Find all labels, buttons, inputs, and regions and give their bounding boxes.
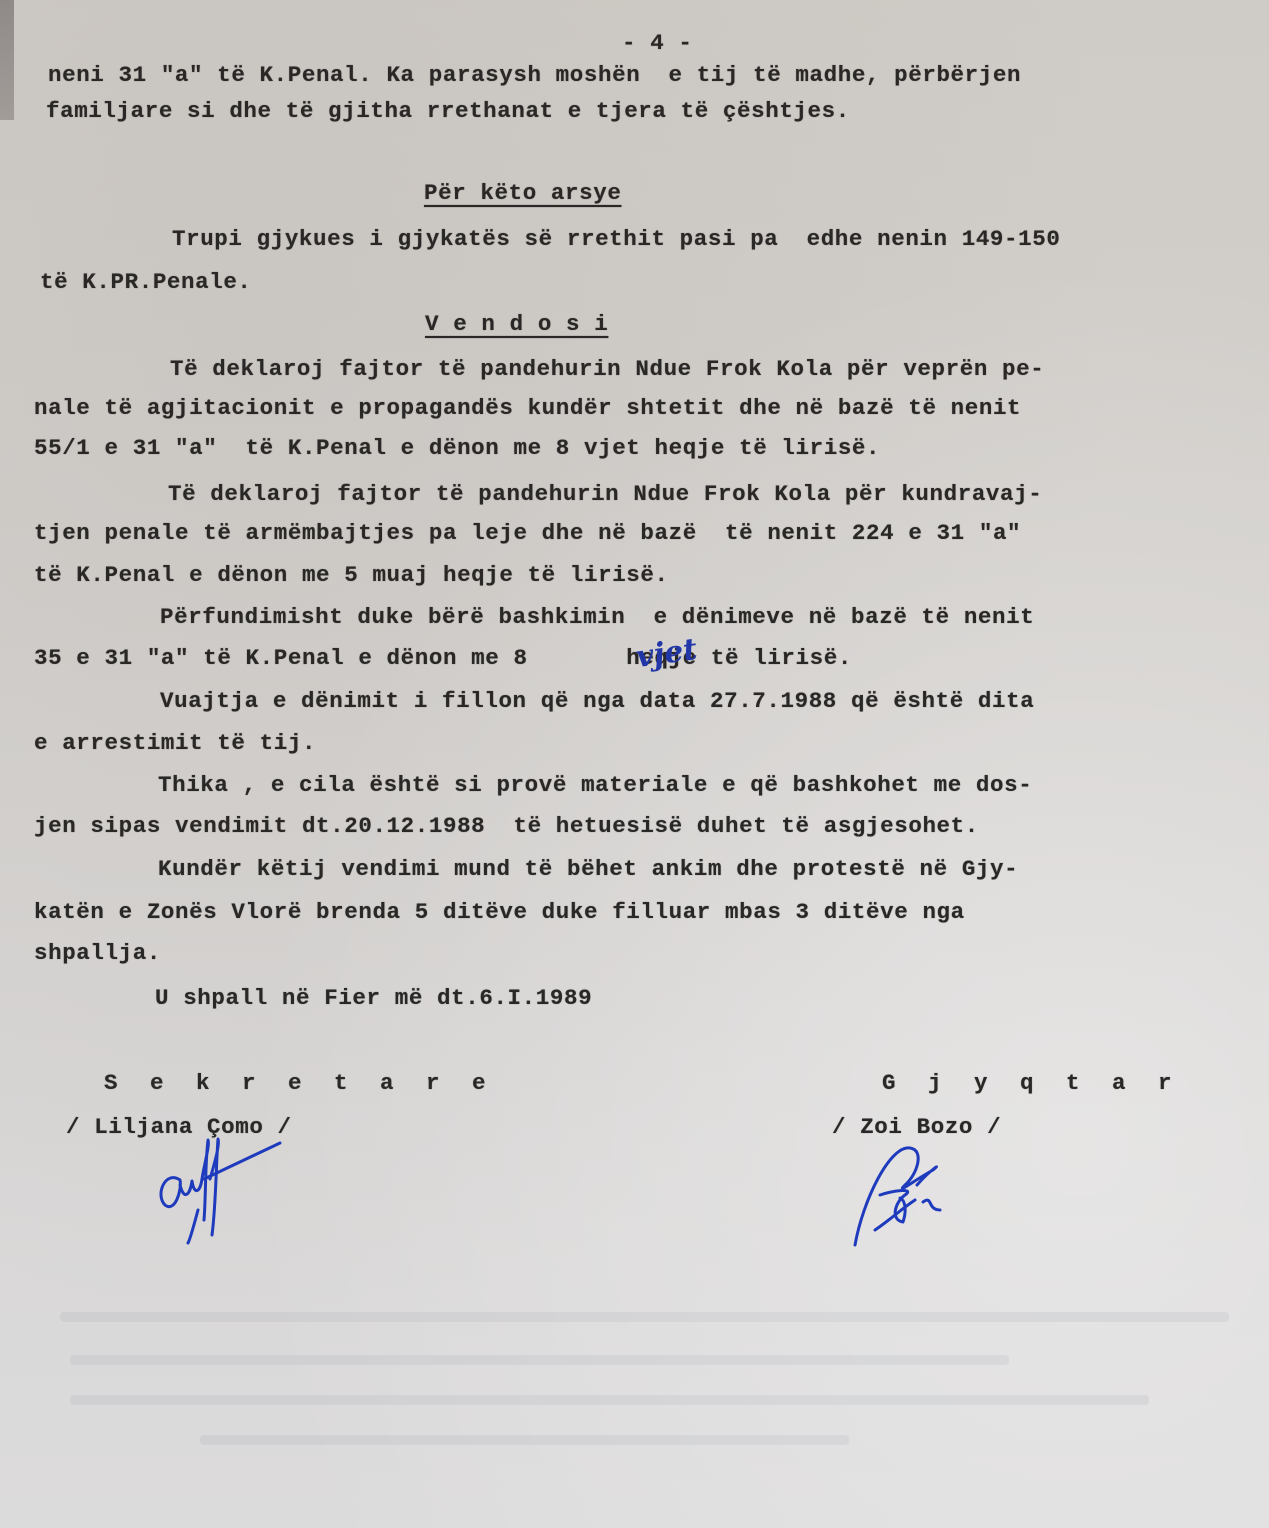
scanned-document-page: - 4 - neni 31 "a" të K.Penal. Ka parasys… — [0, 0, 1269, 1528]
bleed-through-line — [70, 1395, 1149, 1405]
judge-signature — [845, 1140, 985, 1260]
body-line: Thika , e cila është si provë materiale … — [158, 772, 1032, 798]
body-line: të K.Penal e dënon me 5 muaj heqje të li… — [34, 562, 669, 588]
bleed-through-line — [70, 1355, 1009, 1365]
body-line: Kundër këtij vendimi mund të bëhet ankim… — [158, 856, 1018, 882]
body-line: jen sipas vendimit dt.20.12.1988 të hetu… — [34, 813, 979, 839]
body-line: katën e Zonës Vlorë brenda 5 ditëve duke… — [34, 899, 965, 925]
bleed-through-line — [60, 1312, 1229, 1322]
secretary-signature — [150, 1135, 290, 1260]
body-line: tjen penale të armëmbajtjes pa leje dhe … — [34, 520, 1021, 546]
body-line: familjare si dhe të gjitha rrethanat e t… — [46, 98, 850, 124]
body-line: e arrestimit të tij. — [34, 730, 316, 756]
body-line: Të deklaroj fajtor të pandehurin Ndue Fr… — [170, 356, 1044, 382]
body-line: 35 e 31 "a" të K.Penal e dënon me 8 heqj… — [34, 645, 852, 671]
section-heading-decision: V e n d o s i — [425, 311, 608, 337]
bleed-through-line — [200, 1435, 849, 1445]
body-line: të K.PR.Penale. — [40, 269, 252, 295]
page-edge-shadow — [0, 0, 14, 120]
page-number: - 4 - — [622, 30, 693, 56]
body-line: 55/1 e 31 "a" të K.Penal e dënon me 8 vj… — [34, 435, 880, 461]
section-heading-reasons: Për këto arsye — [424, 180, 621, 206]
body-line: Të deklaroj fajtor të pandehurin Ndue Fr… — [168, 481, 1042, 507]
secretary-title: S e k r e t a r e — [104, 1070, 495, 1096]
judge-title: G j y q t a r — [882, 1070, 1181, 1096]
body-line: neni 31 "a" të K.Penal. Ka parasysh mosh… — [48, 62, 1021, 88]
body-line: shpallja. — [34, 940, 161, 966]
body-line: Trupi gjykues i gjykatës së rrethit pasi… — [172, 226, 1060, 252]
judge-name: / Zoi Bozo / — [832, 1114, 1001, 1140]
announcement-line: U shpall në Fier më dt.6.I.1989 — [155, 985, 592, 1011]
body-line: nale të agjitacionit e propagandës kundë… — [34, 395, 1021, 421]
body-line: Përfundimisht duke bërë bashkimin e dëni… — [160, 604, 1034, 630]
body-line: Vuajtja e dënimit i fillon që nga data 2… — [160, 688, 1034, 714]
